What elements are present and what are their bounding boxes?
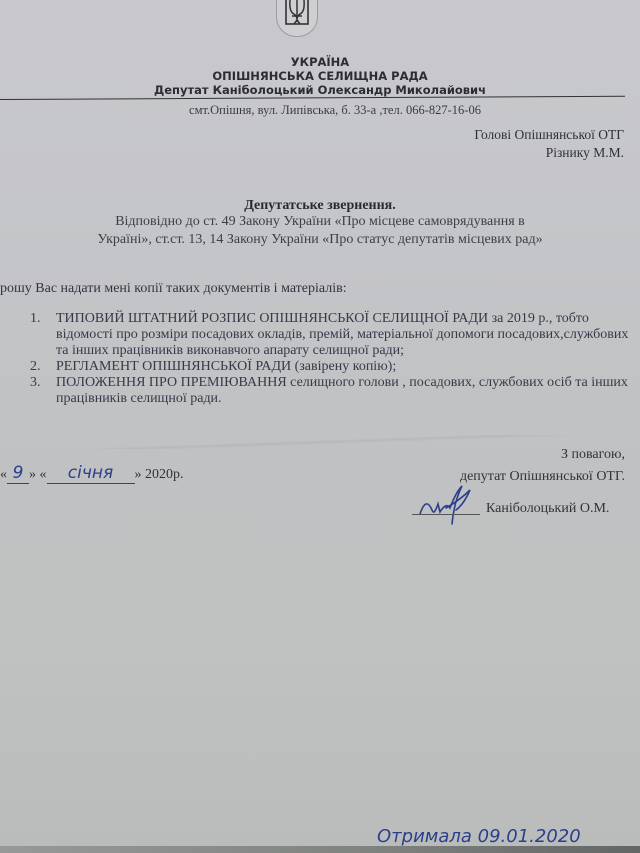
list-item-text: РЕГЛАМЕНТ ОПІШНЯНСЬКОЇ РАДИ (завірену ко… [56,359,635,375]
requested-documents-list: 1. ТИПОВИЙ ШТАТНИЙ РОЗПИС ОПІШНЯНСЬКОЇ С… [30,311,635,407]
recipient-line-1: Голові Опішнянської ОТГ [474,126,624,144]
recipient-block: Голові Опішнянської ОТГ Різнику М.М. [474,126,624,162]
letterhead-country: УКРАЇНА [0,55,640,69]
handwritten-month: січня [68,463,113,483]
date-year: 2020р. [145,467,184,482]
quote-mark: » [135,467,142,482]
quote-mark: « [0,467,7,482]
closing-regards: З повагою, [460,444,625,466]
list-item-number: 3. [30,375,56,407]
legal-basis-line-1: Відповідно до ст. 49 Закону України «Про… [0,213,640,231]
quote-mark: « [40,467,47,482]
list-item: 3. ПОЛОЖЕННЯ ПРО ПРЕМІЮВАННЯ селищного г… [30,375,635,407]
letterhead-council: ОПІШНЯНСЬКА СЕЛИЩНА РАДА [0,69,640,83]
closing-block: З повагою, депутат Опішнянської ОТГ. [460,444,625,488]
document-title: Депутатське звернення. [0,198,640,214]
handwritten-received-note: Отримала 09.01.2020 [377,826,581,847]
recipient-line-2: Різнику М.М. [474,144,624,162]
list-item-text: ПОЛОЖЕННЯ ПРО ПРЕМІЮВАННЯ селищного голо… [56,375,635,407]
list-item-text: ТИПОВИЙ ШТАТНИЙ РОЗПИС ОПІШНЯНСЬКОЇ СЕЛИ… [56,311,635,359]
handwritten-day: 9 [13,463,24,483]
list-item-number: 2. [30,359,56,375]
legal-basis: Відповідно до ст. 49 Закону України «Про… [0,213,640,249]
closing-position: депутат Опішнянської ОТГ. [460,466,625,488]
letterhead-address: смт.Опішня, вул. Липівська, б. 33-а ,тел… [0,103,640,118]
letterhead-deputy: Депутат Каніболоцький Олександр Миколайо… [0,83,640,97]
signatory-name: Каніболоцький О.М. [486,501,609,517]
trident-coat-of-arms-icon [276,0,318,37]
list-item: 1. ТИПОВИЙ ШТАТНИЙ РОЗПИС ОПІШНЯНСЬКОЇ С… [30,311,635,359]
paper-bottom-edge [0,846,640,853]
list-item: 2. РЕГЛАМЕНТ ОПІШНЯНСЬКОЇ РАДИ (завірену… [30,359,635,375]
list-item-number: 1. [30,311,56,359]
date-line: «9» «січня» 2020р. [0,463,184,484]
quote-mark: » [29,467,36,482]
legal-basis-line-2: Україні», ст.ст. 13, 14 Закону України «… [0,231,640,249]
signature-line [412,514,480,515]
handwritten-signature-icon [416,482,480,531]
request-sentence: рошу Вас надати мені копії таких докумен… [0,281,347,297]
